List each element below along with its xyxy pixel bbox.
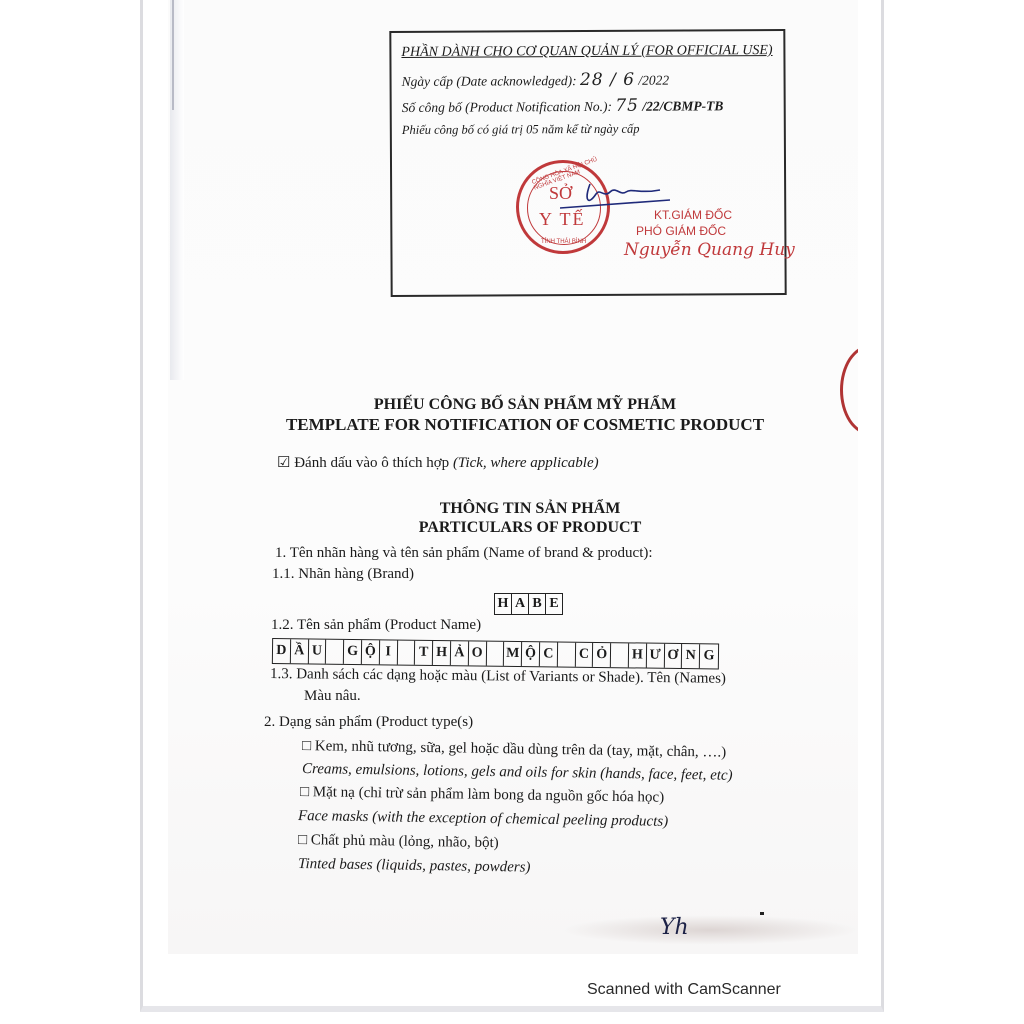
product-letter-box xyxy=(397,641,415,665)
product-letter-box: O xyxy=(469,641,487,665)
product-letter-box: C xyxy=(540,642,558,666)
validity-note: Phiếu công bố có giá trị 05 năm kể từ ng… xyxy=(402,122,640,138)
notification-label: Số công bố (Product Notification No.): xyxy=(402,99,612,115)
product-letter-box: Ơ xyxy=(664,644,682,668)
product-letter-box: Ả xyxy=(451,641,469,665)
seal-bottom-text: TỈNH THÁI BÌNH xyxy=(541,239,586,245)
variant-value: Màu nâu. xyxy=(304,688,361,705)
date-handwritten: 28 / 6 xyxy=(580,70,635,90)
initials-signature: Yh xyxy=(660,915,689,940)
option-3-en: Tinted bases (liquids, pastes, powders) xyxy=(298,856,531,877)
product-letter-box: Ộ xyxy=(522,642,540,666)
tick-instruction-en: (Tick, where applicable) xyxy=(453,455,599,471)
unchecked-box-icon[interactable]: □ xyxy=(302,738,311,754)
signatory-name: Nguyễn Quang Huy xyxy=(624,240,795,260)
product-letter-box: G xyxy=(700,644,718,668)
product-letter-box: H xyxy=(433,641,451,665)
tick-instruction: ☑ Đánh dấu vào ô thích hợp (Tick, where … xyxy=(277,453,599,472)
unchecked-box-icon[interactable]: □ xyxy=(300,784,309,800)
brand-letter-boxes: HABE xyxy=(494,593,563,615)
product-letter-box: G xyxy=(344,640,362,664)
product-letter-box xyxy=(326,640,344,664)
date-year: /2022 xyxy=(638,73,669,88)
product-letter-box: U xyxy=(308,639,326,663)
notification-number: Số công bố (Product Notification No.): 7… xyxy=(402,95,724,117)
item-1-2-label: 1.2. Tên sản phẩm (Product Name) xyxy=(271,617,481,634)
official-signature-icon xyxy=(560,180,670,210)
section-title-vi: THÔNG TIN SẢN PHẨM xyxy=(270,500,790,518)
product-name-letter-boxes: DẦU GỘI THẢO MỘC CỎ HƯƠNG xyxy=(272,638,719,669)
brand-letter-box: E xyxy=(546,594,562,614)
notification-suffix: /22/CBMP-TB xyxy=(642,98,723,113)
camscanner-watermark: Scanned with CamScanner xyxy=(587,981,781,999)
product-letter-box: Ầ xyxy=(291,639,309,663)
product-letter-box xyxy=(486,642,504,666)
section-title-en: PARTICULARS OF PRODUCT xyxy=(270,519,790,537)
product-letter-box: I xyxy=(380,640,398,664)
brand-letter-box: A xyxy=(512,594,529,614)
product-letter-box: Ỏ xyxy=(593,643,611,667)
signatory-title-2: PHÓ GIÁM ĐỐC xyxy=(636,224,726,238)
document-title-vi: PHIẾU CÔNG BỐ SẢN PHẨM MỸ PHẨM xyxy=(270,396,780,414)
product-letter-box: Ộ xyxy=(362,640,380,664)
product-letter-box xyxy=(611,643,629,667)
product-letter-box: T xyxy=(415,641,433,665)
item-1-label: 1. Tên nhãn hàng và tên sản phẩm (Name o… xyxy=(275,545,653,562)
product-letter-box xyxy=(558,642,576,666)
tick-instruction-vi: Đánh dấu vào ô thích hợp xyxy=(294,455,449,471)
ink-smudge xyxy=(560,915,860,945)
item-1-1-label: 1.1. Nhãn hàng (Brand) xyxy=(272,566,414,583)
product-letter-box: C xyxy=(575,643,593,667)
brand-letter-box: B xyxy=(529,594,546,614)
document-title-en: TEMPLATE FOR NOTIFICATION OF COSMETIC PR… xyxy=(270,415,780,435)
product-letter-box: Ư xyxy=(647,644,665,668)
product-type-option-3[interactable]: □ Chất phủ màu (lỏng, nhão, bột) xyxy=(298,832,499,852)
product-letter-box: M xyxy=(504,642,522,666)
unchecked-box-icon[interactable]: □ xyxy=(298,832,307,848)
product-letter-box: D xyxy=(273,639,291,663)
product-letter-box: N xyxy=(682,644,700,668)
seal-line-2: Y TẾ xyxy=(539,209,586,230)
paper-edge-line xyxy=(172,0,174,110)
signatory-title-1: KT.GIÁM ĐỐC xyxy=(654,208,732,222)
brand-letter-box: H xyxy=(495,594,512,614)
date-acknowledged: Ngày cấp (Date acknowledged): 28 / 6 /20… xyxy=(402,70,670,91)
notification-handwritten: 75 xyxy=(615,96,639,116)
official-use-title: PHẦN DÀNH CHO CƠ QUAN QUẢN LÝ (FOR OFFIC… xyxy=(401,43,772,61)
checked-box-icon: ☑ xyxy=(277,455,290,471)
product-letter-box: H xyxy=(629,643,647,667)
ink-dot xyxy=(760,912,764,915)
option-3-vi: Chất phủ màu (lỏng, nhão, bột) xyxy=(311,832,499,851)
date-label: Ngày cấp (Date acknowledged): xyxy=(402,73,577,89)
item-2-label: 2. Dạng sản phẩm (Product type(s) xyxy=(264,714,473,731)
